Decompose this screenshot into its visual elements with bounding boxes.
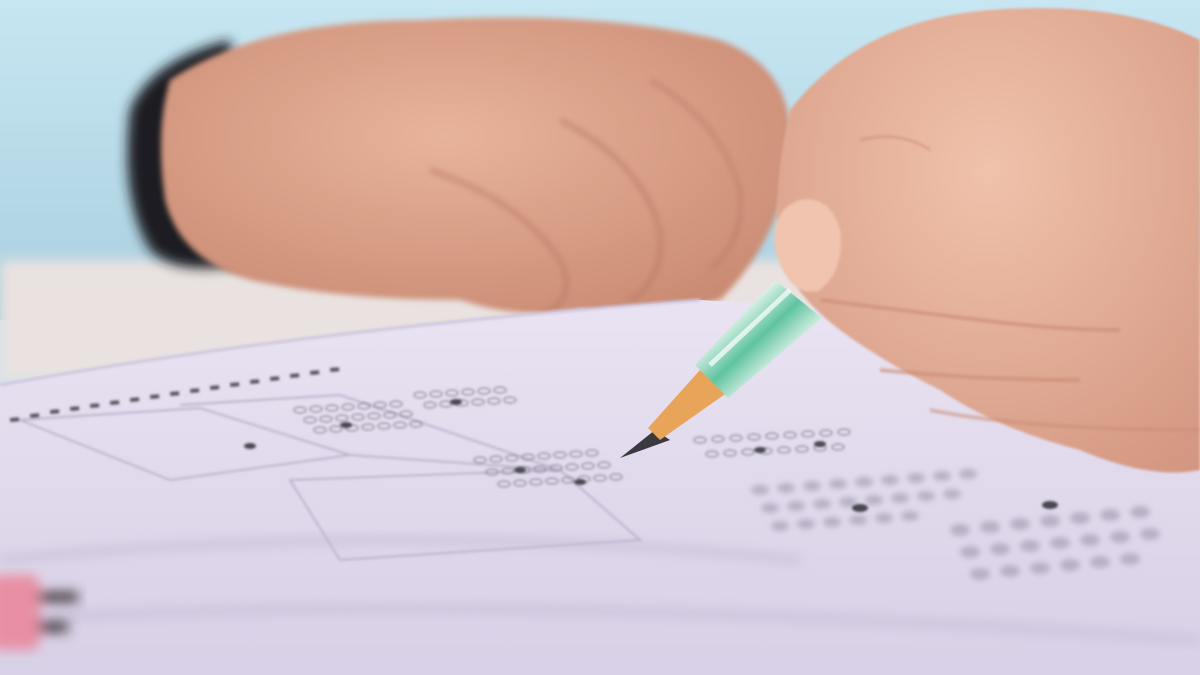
photo-illustration <box>0 0 1200 675</box>
photo-scene: Close-up photo of a student's hands fill… <box>0 0 1200 675</box>
left-hand <box>161 18 791 316</box>
